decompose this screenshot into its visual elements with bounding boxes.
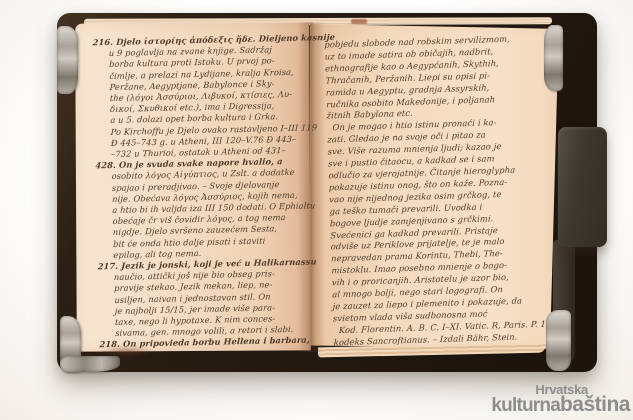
left-page-text: 216. Djelo ἱστορίης ἀπόδεξις ἥδε. Dielje…	[92, 33, 305, 351]
watermark-line2: kulturnabaština	[491, 394, 630, 415]
metal-clasp-bottom-left-horizontal	[60, 356, 120, 372]
metal-clasp-top-right	[544, 25, 563, 91]
watermark-line2-regular: kulturna	[491, 395, 560, 416]
watermark: Hrvatska kulturnabaština	[491, 383, 630, 415]
spine-tip	[351, 19, 367, 24]
metal-clasp-bottom-right	[546, 310, 571, 371]
stain	[100, 346, 154, 357]
right-page-text: pobjedu slobode nad robskim servilizmom,…	[324, 33, 552, 349]
watermark-line2-bold: baština	[560, 393, 630, 416]
metal-clasp-top-left	[57, 26, 78, 94]
closure-strap	[558, 127, 607, 247]
photo-background: 216. Djelo ἱστορίης ἀπόδεξις ἥδε. Dielje…	[0, 0, 633, 420]
